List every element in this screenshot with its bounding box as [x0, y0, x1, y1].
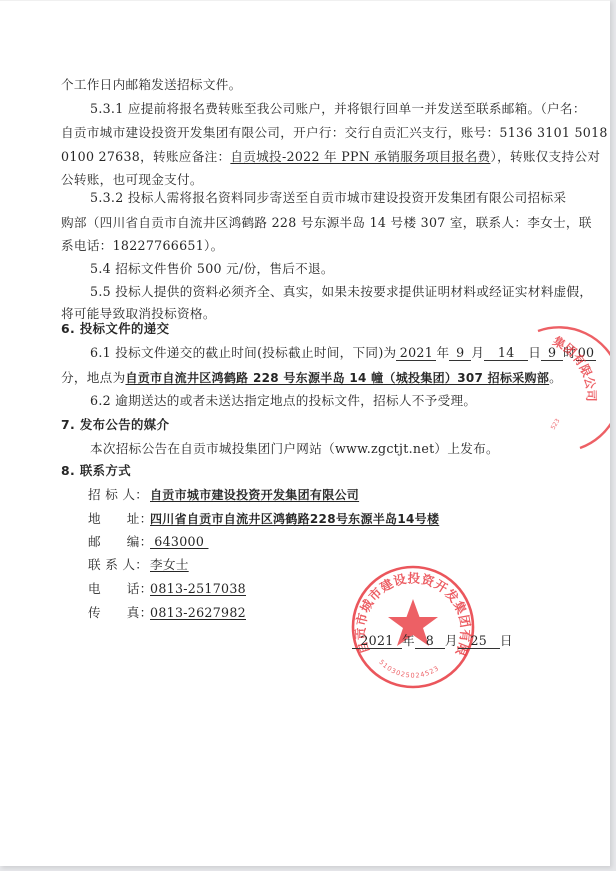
document-page: 个工作日内邮箱发送招标文件。 5.3.1 应提前将报名费转账至我公司账户，并将银…: [0, 0, 610, 866]
contact-value: 自贡市城市建设投资开发集团有限公司: [150, 488, 359, 502]
svg-text:5103025024523: 5103025024523: [377, 658, 440, 679]
contact-address: 地 址：四川省自贡市自流井区鸿鹤路228号东源半岛14号楼: [88, 511, 439, 527]
text: 日: [528, 345, 541, 360]
contact-value: 0813-2627982: [150, 605, 246, 620]
section-6-heading: 6. 投标文件的递交: [61, 321, 169, 337]
paragraph-62: 6.2 逾期送达的或者未送达指定地点的投标文件，招标人不予受理。: [90, 393, 476, 409]
paragraph-61-line1: 6.1 投标文件递交的截止时间(投标截止时间，下同)为2021年9月14日9时0…: [90, 345, 596, 361]
deadline-year: 2021: [396, 346, 436, 361]
submission-location: 自贡市自流井区鸿鹤路 228 号东源半岛 14 幢（城投集团）307 招标采购部: [125, 371, 549, 385]
text: 时: [563, 345, 576, 360]
section-7-heading: 7. 发布公告的媒介: [61, 417, 169, 433]
date-month: 8: [415, 634, 445, 649]
paragraph-55-line2: 将可能导致取消投标资格。: [61, 306, 216, 322]
contact-person: 联 系 人：李女士: [88, 557, 189, 573]
deadline-day: 14: [484, 346, 528, 361]
contact-tenderer: 招 标 人：自贡市城市建设投资开发集团有限公司: [88, 487, 359, 503]
contact-phone: 电 话：0813-2517038: [88, 581, 246, 597]
contact-postcode: 邮 编： 643000: [88, 534, 208, 550]
svg-text:集团有限公司: 集团有限公司: [551, 333, 598, 402]
text: 分，地点为: [61, 370, 125, 385]
paragraph-55-line1: 5.5 投标人提供的资料必须齐全、真实，如果未按要求提供证明材料或经证实材料虚假…: [90, 284, 556, 300]
contact-label: 地 址：: [88, 511, 150, 527]
seal-code: 5103025024523: [377, 658, 440, 679]
text: ），转账仅支持公对: [490, 149, 600, 164]
paragraph-532-line3: 系电话：18227766651）。: [61, 238, 224, 254]
text: 月: [445, 633, 458, 648]
date-year: 2021: [352, 634, 402, 649]
paragraph-54: 5.4 招标文件售价 500 元/份，售后不退。: [90, 261, 334, 277]
company-seal-icon: 自贡市城市建设投资开发集团有限公司 5103025024523: [350, 564, 476, 690]
deadline-month: 9: [449, 346, 471, 361]
transfer-remark: 自贡城投-2022 年 PPN 承销服务项目报名费: [230, 149, 490, 164]
text: 年: [436, 345, 449, 360]
seal-code: 523: [550, 417, 562, 431]
text: 月: [471, 345, 484, 360]
paragraph-532-line1: 5.3.2 投标人需将报名资料同步寄送至自贡市城市建设投资开发集团有限公司招标采: [90, 190, 556, 206]
contact-fax: 传 真：0813-2627982: [88, 605, 246, 621]
text: 0100 27638，转账应备注：: [61, 149, 230, 164]
contact-label: 电 话：: [88, 581, 150, 597]
deadline-minute: 00: [576, 346, 596, 361]
paragraph-61-line2: 分，地点为自贡市自流井区鸿鹤路 228 号东源半岛 14 幢（城投集团）307 …: [61, 370, 562, 386]
seal-text: 集团有限公司: [551, 333, 598, 402]
paragraph-531-line3: 0100 27638，转账应备注：自贡城投-2022 年 PPN 承销服务项目报…: [61, 149, 556, 165]
deadline-hour: 9: [541, 346, 563, 361]
paragraph-532-line2: 购部（四川省自贡市自流井区鸿鹤路 228 号东源半岛 14 号楼 307 室，联…: [61, 215, 556, 231]
text: 6.1 投标文件递交的截止时间(投标截止时间，下同)为: [90, 345, 396, 360]
contact-value: 四川省自贡市自流井区鸿鹤路228号东源半岛14号楼: [150, 512, 439, 526]
contact-label: 招 标 人：: [88, 487, 150, 503]
contact-label: 传 真：: [88, 605, 150, 621]
paragraph-531-line2: 自贡市城市建设投资开发集团有限公司，开户行：交行自贡汇兴支行，账号：5136 3…: [61, 125, 556, 141]
date-day: 25: [458, 634, 500, 649]
contact-value: 李女士: [150, 557, 189, 572]
paragraph-531-line4: 公转账，也可现金支付。: [61, 172, 203, 188]
paragraph-line: 个工作日内邮箱发送招标文件。: [61, 77, 242, 93]
text: 日: [500, 633, 513, 648]
contact-label: 邮 编：: [88, 534, 150, 550]
paragraph-7: 本次招标公告在自贡市城投集团门户网站（www.zgctjt.net）上发布。: [90, 441, 499, 457]
text: 年: [402, 633, 415, 648]
signing-date: 2021年8月25日: [352, 633, 513, 649]
paragraph-531-line1: 5.3.1 应提前将报名费转账至我公司账户，并将银行回单一并发送至联系邮箱。（户…: [90, 101, 556, 117]
contact-label: 联 系 人：: [88, 557, 150, 573]
contact-value: 643000: [150, 534, 208, 549]
section-8-heading: 8. 联系方式: [61, 463, 131, 479]
contact-value: 0813-2517038: [150, 581, 246, 596]
text: 。: [549, 370, 562, 385]
